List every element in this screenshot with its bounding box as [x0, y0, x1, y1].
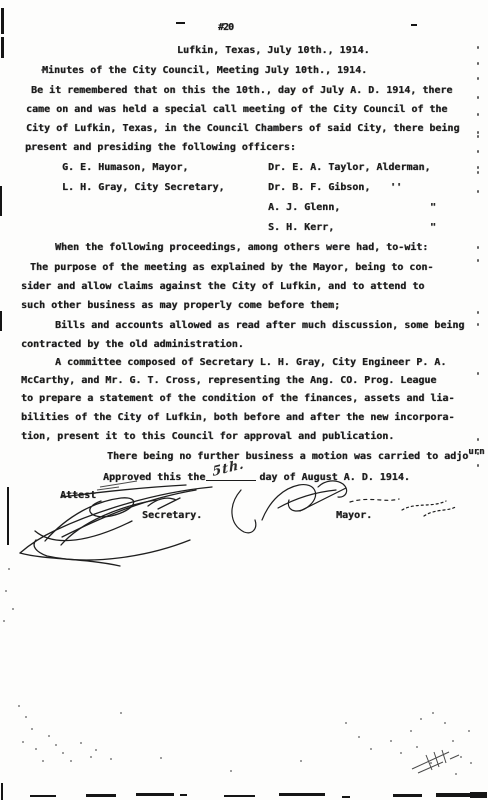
- officer-name-right: Dr. E. A. Taylor, Alderman,: [268, 161, 431, 174]
- ditto-mark: ": [430, 201, 436, 214]
- scan-speckle: [12, 608, 14, 610]
- scan-edge-artifact: [1, 783, 3, 800]
- body-line: The purpose of the meeting as explained …: [30, 261, 433, 274]
- scan-dot: [477, 166, 479, 169]
- body-line: Bills and accounts allowed as read after…: [55, 319, 464, 332]
- page-number: #20: [218, 21, 233, 34]
- scan-dot: [477, 190, 479, 193]
- scan-bottom-edge: [470, 792, 487, 798]
- scan-dot: [477, 150, 479, 153]
- body-line: bilities of the City of Lufkin, both bef…: [21, 411, 454, 424]
- attest-label: Attest: [60, 489, 96, 502]
- scan-speckle: [160, 757, 162, 759]
- scan-speckle: [390, 740, 392, 742]
- body-line: A committee composed of Secretary L. H. …: [55, 356, 446, 369]
- scan-speckle: [3, 620, 5, 622]
- officer-name-right: Dr. B. F. Gibson,: [268, 181, 370, 194]
- scan-edge-artifact: [7, 487, 9, 545]
- scan-speckle: [370, 748, 372, 750]
- scan-speckle: [25, 716, 27, 718]
- scan-speckle: [35, 748, 37, 750]
- scan-speckle: [80, 742, 82, 744]
- scan-speckle: [416, 746, 418, 748]
- scan-dot: [477, 438, 479, 441]
- dateline: Lufkin, Texas, July 10th., 1914.: [177, 44, 370, 57]
- scan-edge-artifact: [0, 311, 2, 331]
- scan-dot: [477, 372, 479, 375]
- stray-dash: [176, 22, 185, 24]
- scan-speckle: [452, 740, 454, 742]
- scan-speckle: [55, 744, 57, 746]
- scan-speckle: [22, 741, 24, 743]
- scan-speckle: [30, 148, 32, 150]
- scan-speckle: [430, 762, 432, 764]
- scan-dot: [477, 246, 479, 249]
- approved-suffix: day of August A. D. 1914.: [259, 472, 410, 483]
- scan-speckle: [70, 760, 72, 762]
- scan-speckle: [470, 762, 472, 764]
- scan-bottom-edge: [224, 795, 255, 797]
- adjourn-line: There being no further business a motion…: [107, 450, 485, 464]
- scan-bottom-edge: [86, 794, 116, 797]
- scan-speckle: [420, 718, 422, 720]
- scan-speckle: [460, 756, 462, 758]
- adjourn-text: There being no further business a motion…: [107, 451, 468, 462]
- body-line: McCarthy, and Mr. G. T. Cross, represent…: [21, 374, 436, 387]
- scan-speckle: [90, 756, 92, 758]
- scan-speckle: [230, 770, 232, 772]
- body-line: Be it remembered that on this the 10th.,…: [31, 84, 452, 97]
- secretary-label: Secretary.: [142, 509, 202, 522]
- scan-speckle: [345, 722, 347, 724]
- scan-speckle: [42, 760, 44, 762]
- scan-bottom-edge: [342, 796, 350, 798]
- body-line: sider and allow claims against the City …: [21, 280, 424, 293]
- body-line: City of Lufkin, Texas, in the Council Ch…: [26, 122, 459, 135]
- body-line: tion, present it to this Council for app…: [21, 430, 394, 443]
- scan-dot: [477, 135, 479, 138]
- scan-bottom-edge: [436, 793, 472, 797]
- body-line: came on and was held a special call meet…: [26, 103, 447, 116]
- scan-edge-artifact: [1, 37, 4, 58]
- body-line: such other business as may properly come…: [21, 299, 340, 312]
- scan-speckle: [62, 752, 64, 754]
- ditto-mark: '': [390, 181, 402, 194]
- date-blank-underline: 5th.: [206, 468, 256, 481]
- ditto-mark: ": [430, 221, 436, 234]
- scan-dot: [477, 171, 479, 174]
- scan-edge-artifact: [1, 8, 4, 34]
- mayor-label: Mayor.: [336, 509, 372, 522]
- body-line: When the following proceedings, among ot…: [55, 241, 428, 254]
- scan-speckle: [48, 735, 50, 737]
- officer-name-left: G. E. Humason, Mayor,: [62, 161, 188, 174]
- scan-speckle: [110, 758, 112, 760]
- officer-name-left: L. H. Gray, City Secretary,: [62, 181, 225, 194]
- body-line: to prepare a statement of the condition …: [21, 392, 454, 405]
- scan-speckle: [455, 773, 457, 775]
- scan-dot: [477, 62, 479, 65]
- scan-speckle: [5, 590, 7, 592]
- scan-speckle: [18, 705, 20, 707]
- scan-speckle: [300, 760, 302, 762]
- scan-bottom-edge: [279, 793, 325, 796]
- scan-speckle: [120, 712, 122, 714]
- mayor-signature: [232, 481, 457, 533]
- minutes-heading: Minutes of the City Council, Meeting Jul…: [42, 64, 367, 77]
- scan-dot: [477, 77, 479, 80]
- scan-dot: [477, 96, 479, 99]
- scan-speckle: [8, 568, 10, 570]
- scan-dot: [477, 131, 479, 134]
- scan-speckle: [358, 736, 360, 738]
- scan-speckle: [410, 730, 412, 732]
- scan-speckle: [432, 712, 434, 714]
- scan-speckle: [444, 722, 446, 724]
- scan-speckle: [31, 728, 33, 730]
- scan-speckle: [400, 752, 402, 754]
- scan-edge-artifact: [0, 186, 2, 216]
- scan-speckle: [41, 69, 43, 71]
- scanned-minutes-page: #20 Lufkin, Texas, July 10th., 1914. Min…: [0, 0, 488, 800]
- scan-bottom-edge: [393, 794, 422, 797]
- scan-dot: [477, 311, 479, 314]
- scan-dot: [477, 46, 479, 49]
- secretary-signature: [20, 485, 212, 566]
- scan-dot: [477, 452, 479, 455]
- scan-dot: [477, 113, 479, 116]
- approved-prefix: Approved this the: [103, 472, 205, 483]
- scan-bottom-edge: [180, 794, 187, 796]
- scan-bottom-edge: [136, 793, 174, 796]
- body-line: contracted by the old administration.: [21, 338, 244, 351]
- scan-dot: [477, 464, 479, 467]
- officer-name-right: S. H. Kerr,: [268, 221, 334, 234]
- scan-bottom-edge: [30, 795, 56, 797]
- approved-line: Approved this the5th.day of August A. D.…: [103, 468, 410, 484]
- pencil-scribble-bottom-right: [412, 750, 459, 773]
- scan-speckle: [468, 730, 470, 732]
- stray-dash: [411, 24, 417, 26]
- body-line: present and presiding the following offi…: [25, 141, 296, 154]
- scan-dot: [477, 323, 479, 326]
- officer-name-right: A. J. Glenn,: [268, 201, 340, 214]
- scan-dot: [477, 259, 479, 262]
- scan-speckle: [95, 749, 97, 751]
